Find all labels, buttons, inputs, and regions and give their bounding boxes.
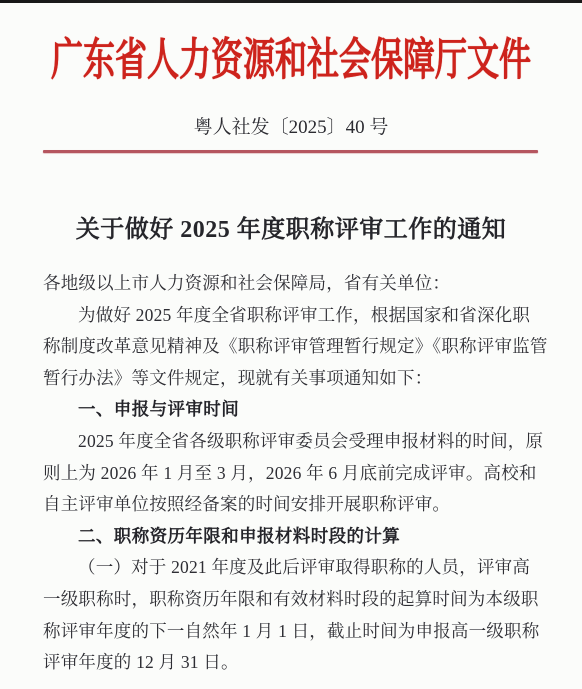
doc-number: 粤人社发〔2025〕40 号 — [0, 112, 582, 139]
document-title: 关于做好 2025 年度职称评审工作的通知 — [0, 209, 582, 244]
body-line: 自主评审单位按照经备案的时间安排开展职称评审。 — [43, 489, 539, 521]
body-line: 称制度改革意见精神及《职称评审管理暂行规定》《职称评审监管 — [43, 331, 539, 363]
section-heading: 二、职称资历年限和申报材料时段的计算 — [43, 521, 539, 553]
body-line: 为做好 2025 年度全省职称评审工作，根据国家和省深化职 — [43, 300, 539, 332]
body-line: 评审年度的 12 月 31 日。 — [43, 647, 539, 679]
body-line: 2025 年度全省各级职称评审委员会受理申报材料的时间，原 — [43, 426, 539, 458]
document-body: 各地级以上市人力资源和社会保障局，省有关单位：为做好 2025 年度全省职称评审… — [43, 268, 539, 679]
body-line: 则上为 2026 年 1 月至 3 月，2026 年 6 月底前完成评审。高校和 — [43, 458, 539, 490]
header-divider-line — [43, 150, 538, 153]
body-line: 各地级以上市人力资源和社会保障局，省有关单位： — [43, 268, 539, 300]
section-heading: 一、申报与评审时间 — [43, 394, 539, 426]
body-line: 暂行办法》等文件规定，现就有关事项通知如下： — [43, 363, 539, 395]
document-page: 广东省人力资源和社会保障厅文件 粤人社发〔2025〕40 号 关于做好 2025… — [0, 3, 582, 689]
agency-title: 广东省人力资源和社会保障厅文件 — [0, 37, 582, 81]
body-line: 一级职称时，职称资历年限和有效材料时段的起算时间为本级职 — [43, 584, 539, 616]
body-line: 称评审年度的下一自然年 1 月 1 日，截止时间为申报高一级职称 — [43, 616, 539, 648]
body-line: （一）对于 2021 年度及此后评审取得职称的人员，评审高 — [43, 552, 539, 584]
